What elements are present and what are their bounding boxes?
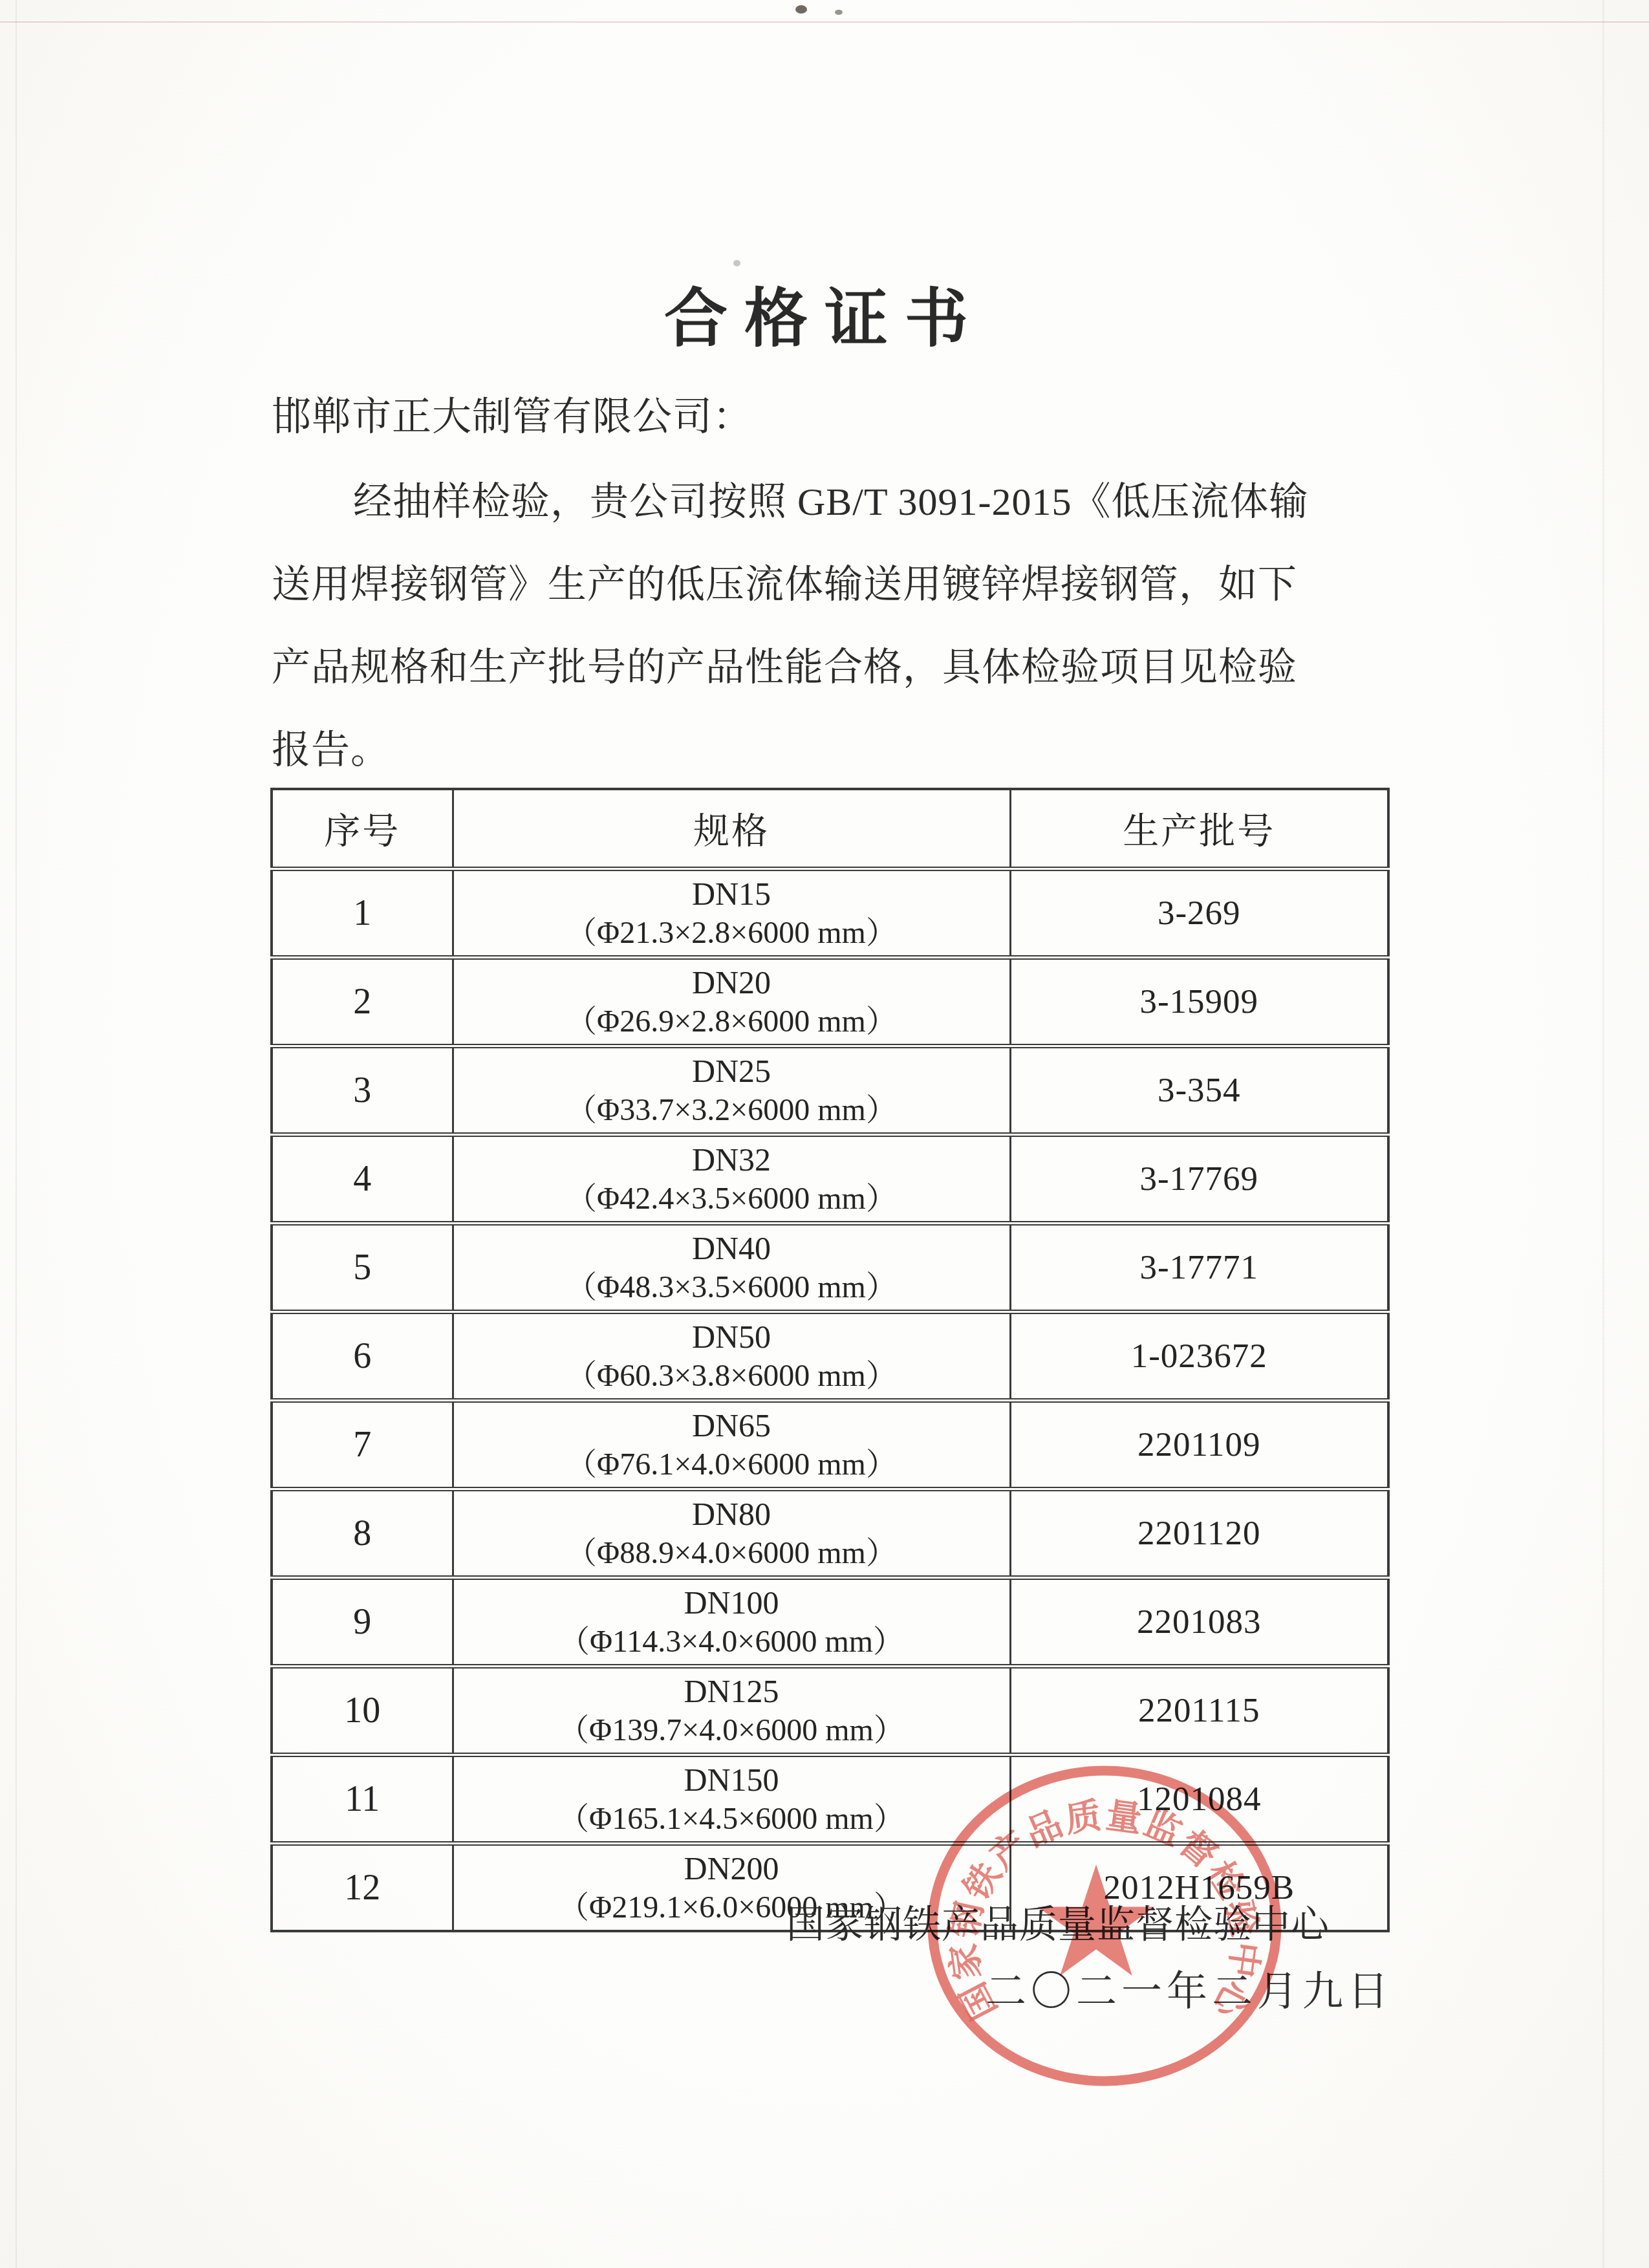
row-index: 8 [353, 1513, 371, 1553]
row-index: 6 [353, 1336, 371, 1376]
row-index: 3 [353, 1070, 371, 1110]
red-seal-stamp: 国家钢铁产品质量监督检验中心 [923, 1763, 1286, 2090]
row-spec: DN15 （Φ21.3×2.8×6000 mm） [454, 874, 1009, 953]
row-spec: DN32 （Φ42.4×3.5×6000 mm） [454, 1139, 1009, 1218]
row-index: 9 [353, 1602, 371, 1642]
spec-name: DN32 [692, 1139, 771, 1180]
table-row: 2 DN20 （Φ26.9×2.8×6000 mm） 3-15909 [272, 958, 1388, 1046]
spec-dimensions: （Φ48.3×3.5×6000 mm） [566, 1268, 897, 1307]
table-row: 4 DN32 （Φ42.4×3.5×6000 mm） 3-17769 [272, 1135, 1388, 1224]
row-batch-number: 2201109 [1137, 1426, 1261, 1463]
spec-name: DN100 [684, 1582, 779, 1623]
spec-dimensions: （Φ42.4×3.5×6000 mm） [566, 1180, 897, 1218]
spec-dimensions: （Φ88.9×4.0×6000 mm） [566, 1534, 897, 1573]
table-row: 7 DN65 （Φ76.1×4.0×6000 mm） 2201109 [272, 1401, 1388, 1489]
spec-batch-table: 序号 规格 生产批号 1 DN15 （Φ21.3×2.8×6000 mm） 3-… [270, 788, 1390, 1932]
spec-dimensions: （Φ60.3×3.8×6000 mm） [566, 1357, 897, 1396]
spec-dimensions: （Φ21.3×2.8×6000 mm） [566, 914, 897, 953]
body-line-1: 经抽样检验，贵公司按照 GB/T 3091-2015《低压流体输 [272, 460, 1400, 543]
table-row: 10 DN125 （Φ139.7×4.0×6000 mm） 2201115 [272, 1667, 1388, 1755]
row-index: 7 [353, 1425, 371, 1465]
row-spec: DN100 （Φ114.3×4.0×6000 mm） [454, 1582, 1009, 1661]
row-index: 1 [353, 893, 371, 933]
star-icon [1038, 1864, 1155, 1976]
spec-dimensions: （Φ76.1×4.0×6000 mm） [566, 1445, 897, 1484]
scan-speck [733, 260, 740, 266]
spec-name: DN20 [692, 962, 771, 1002]
spec-name: DN80 [692, 1494, 771, 1534]
spec-dimensions: （Φ165.1×4.5×6000 mm） [558, 1800, 905, 1839]
spec-name: DN50 [692, 1317, 771, 1357]
table-header-row: 序号 规格 生产批号 [272, 789, 1388, 869]
row-batch-number: 3-269 [1158, 894, 1241, 932]
row-batch-number: 2201120 [1137, 1515, 1261, 1552]
table-row: 3 DN25 （Φ33.7×3.2×6000 mm） 3-354 [272, 1046, 1388, 1135]
row-spec: DN125 （Φ139.7×4.0×6000 mm） [454, 1671, 1009, 1750]
body-line-2: 送用焊接钢管》生产的低压流体输送用镀锌焊接钢管，如下 [272, 543, 1400, 626]
spec-name: DN40 [692, 1228, 771, 1268]
table-row: 6 DN50 （Φ60.3×3.8×6000 mm） 1-023672 [272, 1312, 1388, 1401]
body-line-3: 产品规格和生产批号的产品性能合格，具体检验项目见检验 [272, 626, 1400, 709]
row-batch-number: 2201083 [1137, 1603, 1262, 1641]
spec-dimensions: （Φ139.7×4.0×6000 mm） [558, 1711, 905, 1750]
row-spec: DN25 （Φ33.7×3.2×6000 mm） [454, 1051, 1009, 1130]
row-index: 10 [344, 1690, 380, 1731]
row-spec: DN50 （Φ60.3×3.8×6000 mm） [454, 1317, 1009, 1396]
header-batch: 生产批号 [1010, 789, 1388, 869]
spec-name: DN125 [684, 1671, 779, 1711]
row-batch-number: 3-15909 [1139, 983, 1258, 1021]
row-batch-number: 3-17769 [1139, 1160, 1258, 1198]
scan-artifact-line [0, 21, 1649, 23]
table-row: 5 DN40 （Φ48.3×3.5×6000 mm） 3-17771 [272, 1224, 1388, 1312]
body-line-4: 报告。 [272, 709, 1400, 792]
spec-name: DN25 [692, 1051, 771, 1091]
row-spec: DN20 （Φ26.9×2.8×6000 mm） [454, 962, 1009, 1041]
row-spec: DN40 （Φ48.3×3.5×6000 mm） [454, 1228, 1009, 1307]
table-row: 8 DN80 （Φ88.9×4.0×6000 mm） 2201120 [272, 1489, 1388, 1578]
spec-name: DN65 [692, 1405, 771, 1445]
header-index: 序号 [272, 789, 453, 869]
spec-name: DN200 [684, 1848, 779, 1888]
certificate-page: 合格证书 邯郸市正大制管有限公司： 经抽样检验，贵公司按照 GB/T 3091-… [0, 0, 1649, 2268]
row-index: 2 [353, 982, 371, 1022]
row-batch-number: 3-17771 [1139, 1249, 1258, 1286]
certificate-title: 合格证书 [0, 268, 1649, 359]
row-spec: DN65 （Φ76.1×4.0×6000 mm） [454, 1405, 1009, 1484]
row-batch-number: 1-023672 [1131, 1337, 1267, 1375]
spec-dimensions: （Φ33.7×3.2×6000 mm） [566, 1091, 897, 1130]
spec-name: DN150 [684, 1760, 779, 1800]
table-row: 1 DN15 （Φ21.3×2.8×6000 mm） 3-269 [272, 869, 1388, 958]
row-index: 4 [353, 1159, 371, 1199]
row-spec: DN80 （Φ88.9×4.0×6000 mm） [454, 1494, 1009, 1573]
spec-dimensions: （Φ26.9×2.8×6000 mm） [566, 1002, 897, 1041]
table-row: 9 DN100 （Φ114.3×4.0×6000 mm） 2201083 [272, 1578, 1388, 1667]
row-batch-number: 2201115 [1138, 1692, 1260, 1729]
row-batch-number: 3-354 [1158, 1072, 1241, 1109]
scan-speck [835, 10, 843, 15]
row-index: 12 [344, 1868, 380, 1908]
row-index: 5 [353, 1247, 371, 1288]
header-spec: 规格 [453, 789, 1010, 869]
addressee-line: 邯郸市正大制管有限公司： [272, 385, 753, 442]
row-index: 11 [345, 1779, 380, 1819]
scan-speck [795, 5, 807, 14]
spec-name: DN15 [692, 874, 771, 914]
spec-dimensions: （Φ114.3×4.0×6000 mm） [559, 1623, 904, 1661]
certificate-body: 经抽样检验，贵公司按照 GB/T 3091-2015《低压流体输 送用焊接钢管》… [272, 460, 1400, 792]
